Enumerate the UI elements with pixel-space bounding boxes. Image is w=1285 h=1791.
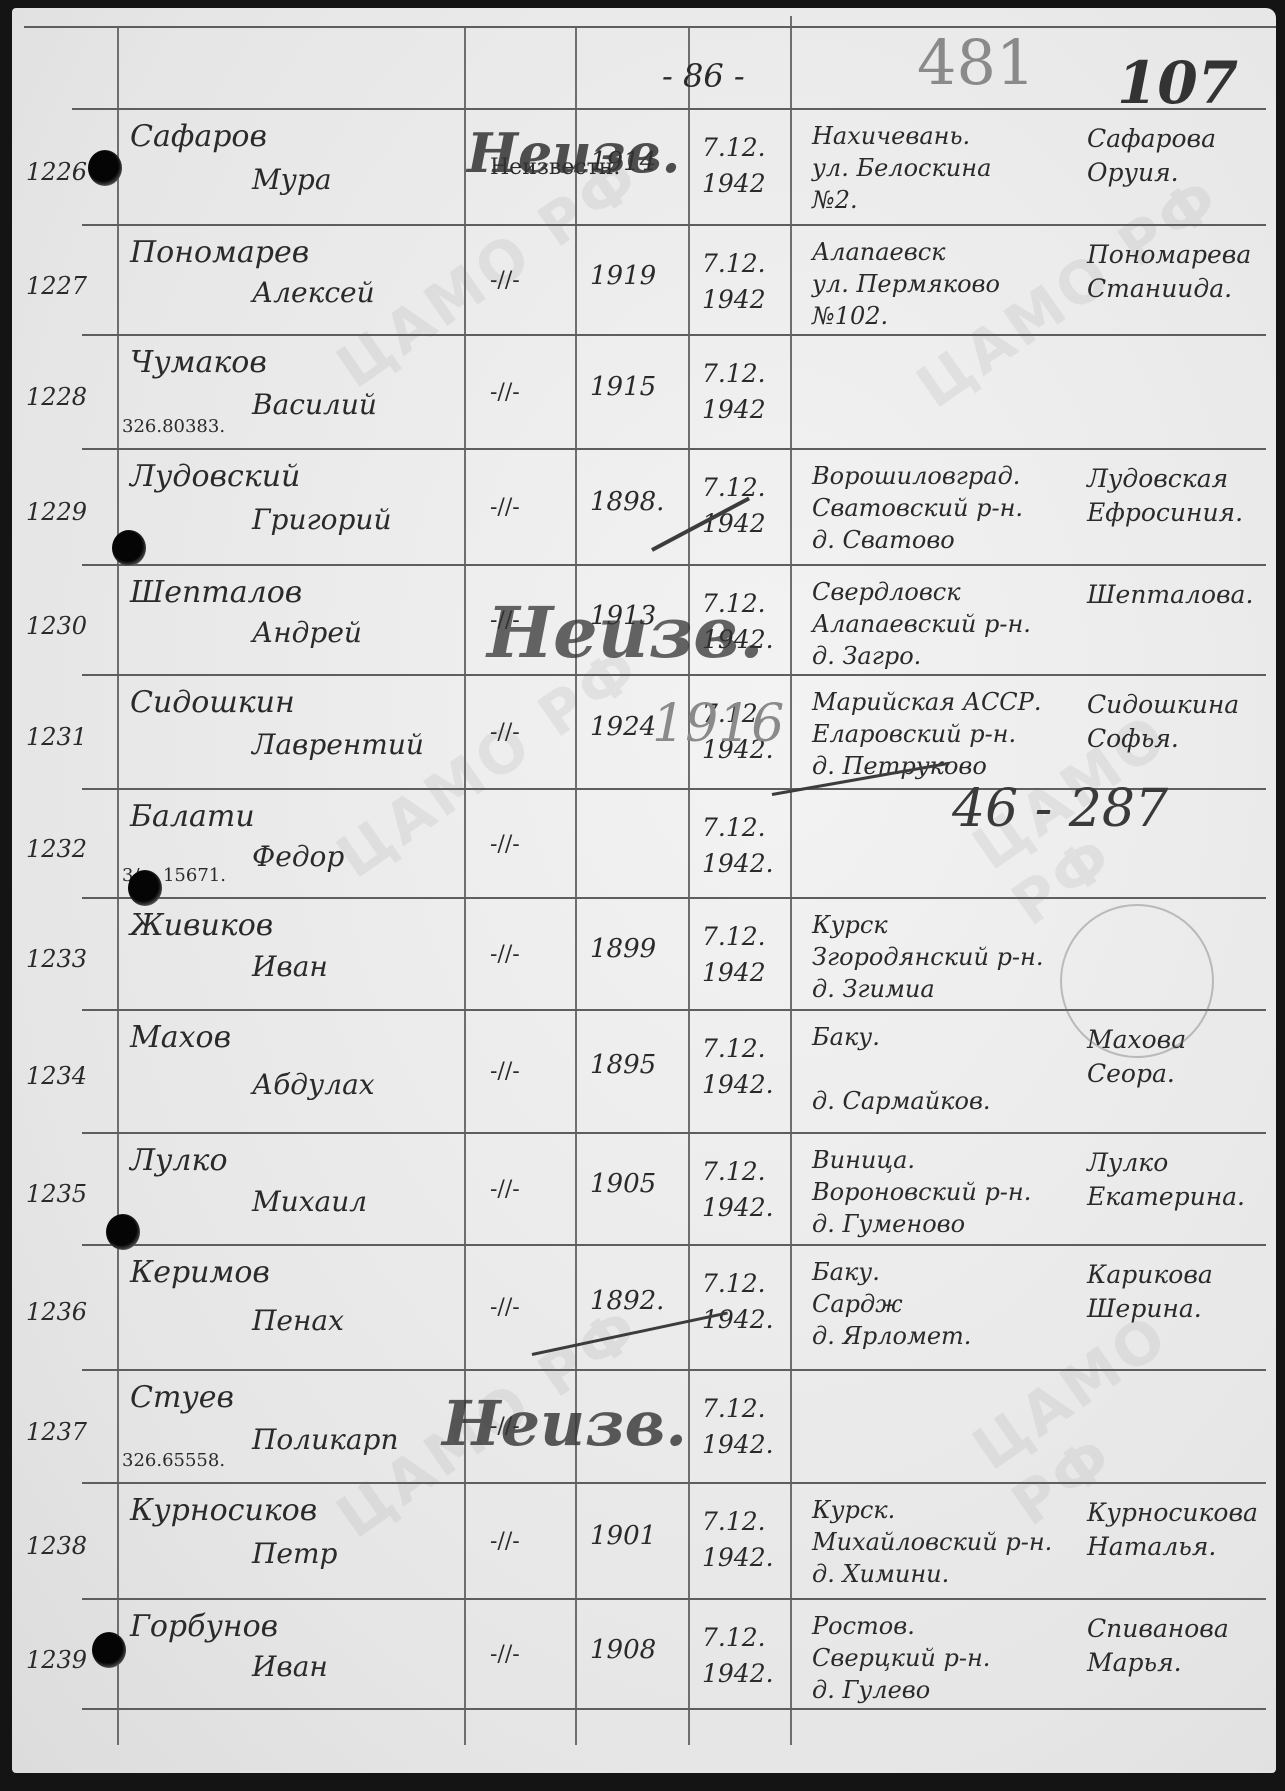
address-line: Алапаевск [812,240,945,264]
record-date: 7.12. 1942. [702,810,774,882]
table-row: 1238КурносиковПетр-//-19017.12. 1942.Кур… [12,1482,1276,1598]
relative-name: Карикова [1087,1262,1213,1287]
address-line: д. Химини. [812,1562,949,1586]
relative-name: Курносикова [1087,1500,1258,1525]
record-number: 1230 [26,614,87,638]
relative-name: Наталья. [1087,1534,1216,1559]
address-line: д. Ярломет. [812,1324,971,1348]
address-line: д. Згимиа [812,977,935,1001]
record-number: 1226 [26,160,87,184]
address-line: Сверцкий р-н. [812,1646,990,1670]
address-line: д. Сватово [812,528,955,552]
sheet-number: 107 [1117,54,1238,112]
relative-name: Пономарева [1087,242,1251,267]
birth-year: 1905 [590,1171,656,1197]
record-number: 1227 [26,274,87,298]
birth-month: -//- [490,834,520,856]
birth-year: 1895 [590,1052,656,1078]
relative-name: Сафарова [1087,126,1216,151]
given-name: Лаврентий [252,731,424,759]
address-line: №102. [812,304,888,328]
surname: Чумаков [130,348,267,378]
birth-year: 1919 [590,263,656,289]
address-line: Сардж [812,1292,903,1316]
record-date: 7.12. 1942. [702,1391,774,1463]
address-line: Виница. [812,1148,915,1172]
relative-name: Лудовская [1087,466,1228,491]
pencil-correction: 1916 [652,698,784,750]
relative-name: Спиванова [1087,1616,1229,1641]
address-line: Свердловск [812,580,961,604]
pencil-archive-number: 481 [917,32,1035,94]
table-row: 1236КеримовПенах-//-1892.7.12. 1942.Баку… [12,1244,1276,1369]
relative-name: Шерина. [1087,1296,1202,1321]
given-name: Федор [252,843,344,871]
relative-name: Шепталова. [1087,582,1253,607]
record-date: 7.12. 1942. [702,1154,774,1226]
record-date: 7.12. 1942 [702,246,766,318]
birth-month: -//- [490,944,520,966]
record-number: 1228 [26,385,87,409]
given-name: Петр [252,1540,337,1568]
given-name: Михаил [252,1188,367,1216]
surname: Лулко [130,1146,228,1176]
record-date: 7.12. 1942. [702,1620,774,1692]
address-line: Курск [812,913,888,937]
address-line: д. Загро. [812,644,921,668]
birth-year: 1901 [590,1523,656,1549]
record-number: 1239 [26,1648,87,1672]
birth-year: 1915 [590,374,656,400]
surname: Горбунов [130,1612,278,1642]
surname: Пономарев [130,238,309,268]
given-name: Андрей [252,619,362,647]
surname: Живиков [130,911,273,941]
surname: Махов [130,1023,231,1053]
address-line: Алапаевский р-н. [812,612,1031,636]
birth-month: -//- [490,1179,520,1201]
record-date: 7.12. 1942 [702,130,766,202]
surname: Шепталов [130,578,302,608]
punch-hole [106,1214,140,1250]
given-name: Алексей [252,279,375,307]
birth-year: 1898. [590,489,664,515]
record-number: 1233 [26,947,87,971]
relative-name: Екатерина. [1087,1184,1245,1209]
table-row: 1228ЧумаковВасилий326.80383.-//-19157.12… [12,334,1276,448]
given-name: Поликарп [252,1426,399,1454]
address-line: д. Гулево [812,1678,930,1702]
relative-name: Марья. [1087,1650,1182,1675]
relative-name: Станиида. [1087,276,1232,301]
given-name: Василий [252,391,377,419]
given-name: Григорий [252,506,392,534]
punch-hole [128,870,162,906]
birth-month: -//- [490,382,520,404]
given-name: Иван [252,953,328,981]
birth-year: 1899 [590,936,656,962]
birth-month: -//- [490,722,520,744]
birth-month: -//- [490,270,520,292]
surname: Сафаров [130,122,267,152]
address-line: Ростов. [812,1614,915,1638]
unknown-stamp: Неизв. [487,598,764,668]
faded-round-stamp [1060,904,1214,1058]
relative-name: Лулко [1087,1150,1168,1175]
record-number: 1235 [26,1182,87,1206]
address-line: д. Петруково [812,754,987,778]
address-line: Марийская АССР. [812,690,1041,714]
address-line: Нахичевань. [812,124,970,148]
birth-year: 1924 [590,714,656,740]
punch-hole [92,1632,126,1668]
address-line: Сватовский р-н. [812,496,1023,520]
table-row: 1231СидошкинЛаврентий-//-19247.12. 1942.… [12,674,1276,788]
pencil-reference: 46 - 287 [952,783,1168,835]
record-number: 1232 [26,837,87,861]
birth-year: 1892. [590,1288,664,1314]
address-line: д. Гуменово [812,1212,965,1236]
given-name: Абдулах [252,1071,375,1099]
top-rule [24,26,1276,28]
birth-year: 1908 [590,1637,656,1663]
surname: Балати [130,802,255,832]
table-row: 1229ЛудовскийГригорий-//-1898.7.12. 1942… [12,448,1276,564]
birth-month: -//- [490,1531,520,1553]
birth-month: -//- [490,497,520,519]
punch-hole [112,530,146,566]
record-number: 1236 [26,1300,87,1324]
address-line: ул. Белоскина [812,156,991,180]
table-row: 1227ПономаревАлексей-//-19197.12. 1942Ал… [12,224,1276,334]
record-date: 7.12. 1942. [702,1031,774,1103]
address-line: Курск. [812,1498,895,1522]
record-date: 7.12. 1942 [702,356,766,428]
record-number: 1237 [26,1420,87,1444]
surname: Лудовский [130,462,300,492]
relative-name: Софья. [1087,726,1179,751]
record-number: 1238 [26,1534,87,1558]
record-number: 1231 [26,725,87,749]
address-line: Ворошиловград. [812,464,1020,488]
record-date: 7.12. 1942. [702,1504,774,1576]
relative-name: Сидошкина [1087,692,1239,717]
row-divider [82,1708,1266,1710]
surname: Стуев [130,1383,234,1413]
table-row: 1239ГорбуновИван-//-19087.12. 1942.Росто… [12,1598,1276,1708]
id-number: 326.65558. [122,1452,225,1470]
unknown-stamp: Неизв. [467,126,680,180]
birth-month: -//- [490,1644,520,1666]
surname: Керимов [130,1258,270,1288]
birth-month: -//- [490,1297,520,1319]
surname: Курносиков [130,1496,317,1526]
id-number: 326.80383. [122,418,225,436]
table-row: 1235ЛулкоМихаил-//-19057.12. 1942.Виница… [12,1132,1276,1244]
address-line: Еларовский р-н. [812,722,1016,746]
surname: Сидошкин [130,688,295,718]
record-date: 7.12. 1942. [702,1266,774,1338]
unknown-stamp: Неизв. [442,1393,687,1455]
address-line: ул. Пермяково [812,272,1000,296]
address-line: Згородянский р-н. [812,945,1043,969]
address-line: Баку. [812,1025,880,1049]
address-line: №2. [812,188,858,212]
record-date: 7.12. 1942 [702,919,766,991]
relative-name: Ефросиния. [1087,500,1243,525]
birth-month: -//- [490,1061,520,1083]
given-name: Мура [252,166,332,194]
register-page: ЦАМО РФ ЦАМО РФ ЦАМО РФ ЦАМО РФ ЦАМО РФ … [12,8,1276,1773]
address-line: д. Сармайков. [812,1089,991,1113]
punch-hole [88,150,122,186]
given-name: Пенах [252,1307,344,1335]
address-line: Михайловский р-н. [812,1530,1052,1554]
page-number: - 86 - [662,60,745,92]
address-line: Баку. [812,1260,880,1284]
record-number: 1229 [26,500,87,524]
relative-name: Сеора. [1087,1061,1175,1086]
record-number: 1234 [26,1064,87,1088]
address-line: Вороновский р-н. [812,1180,1031,1204]
given-name: Иван [252,1653,328,1681]
relative-name: Оруия. [1087,160,1179,185]
